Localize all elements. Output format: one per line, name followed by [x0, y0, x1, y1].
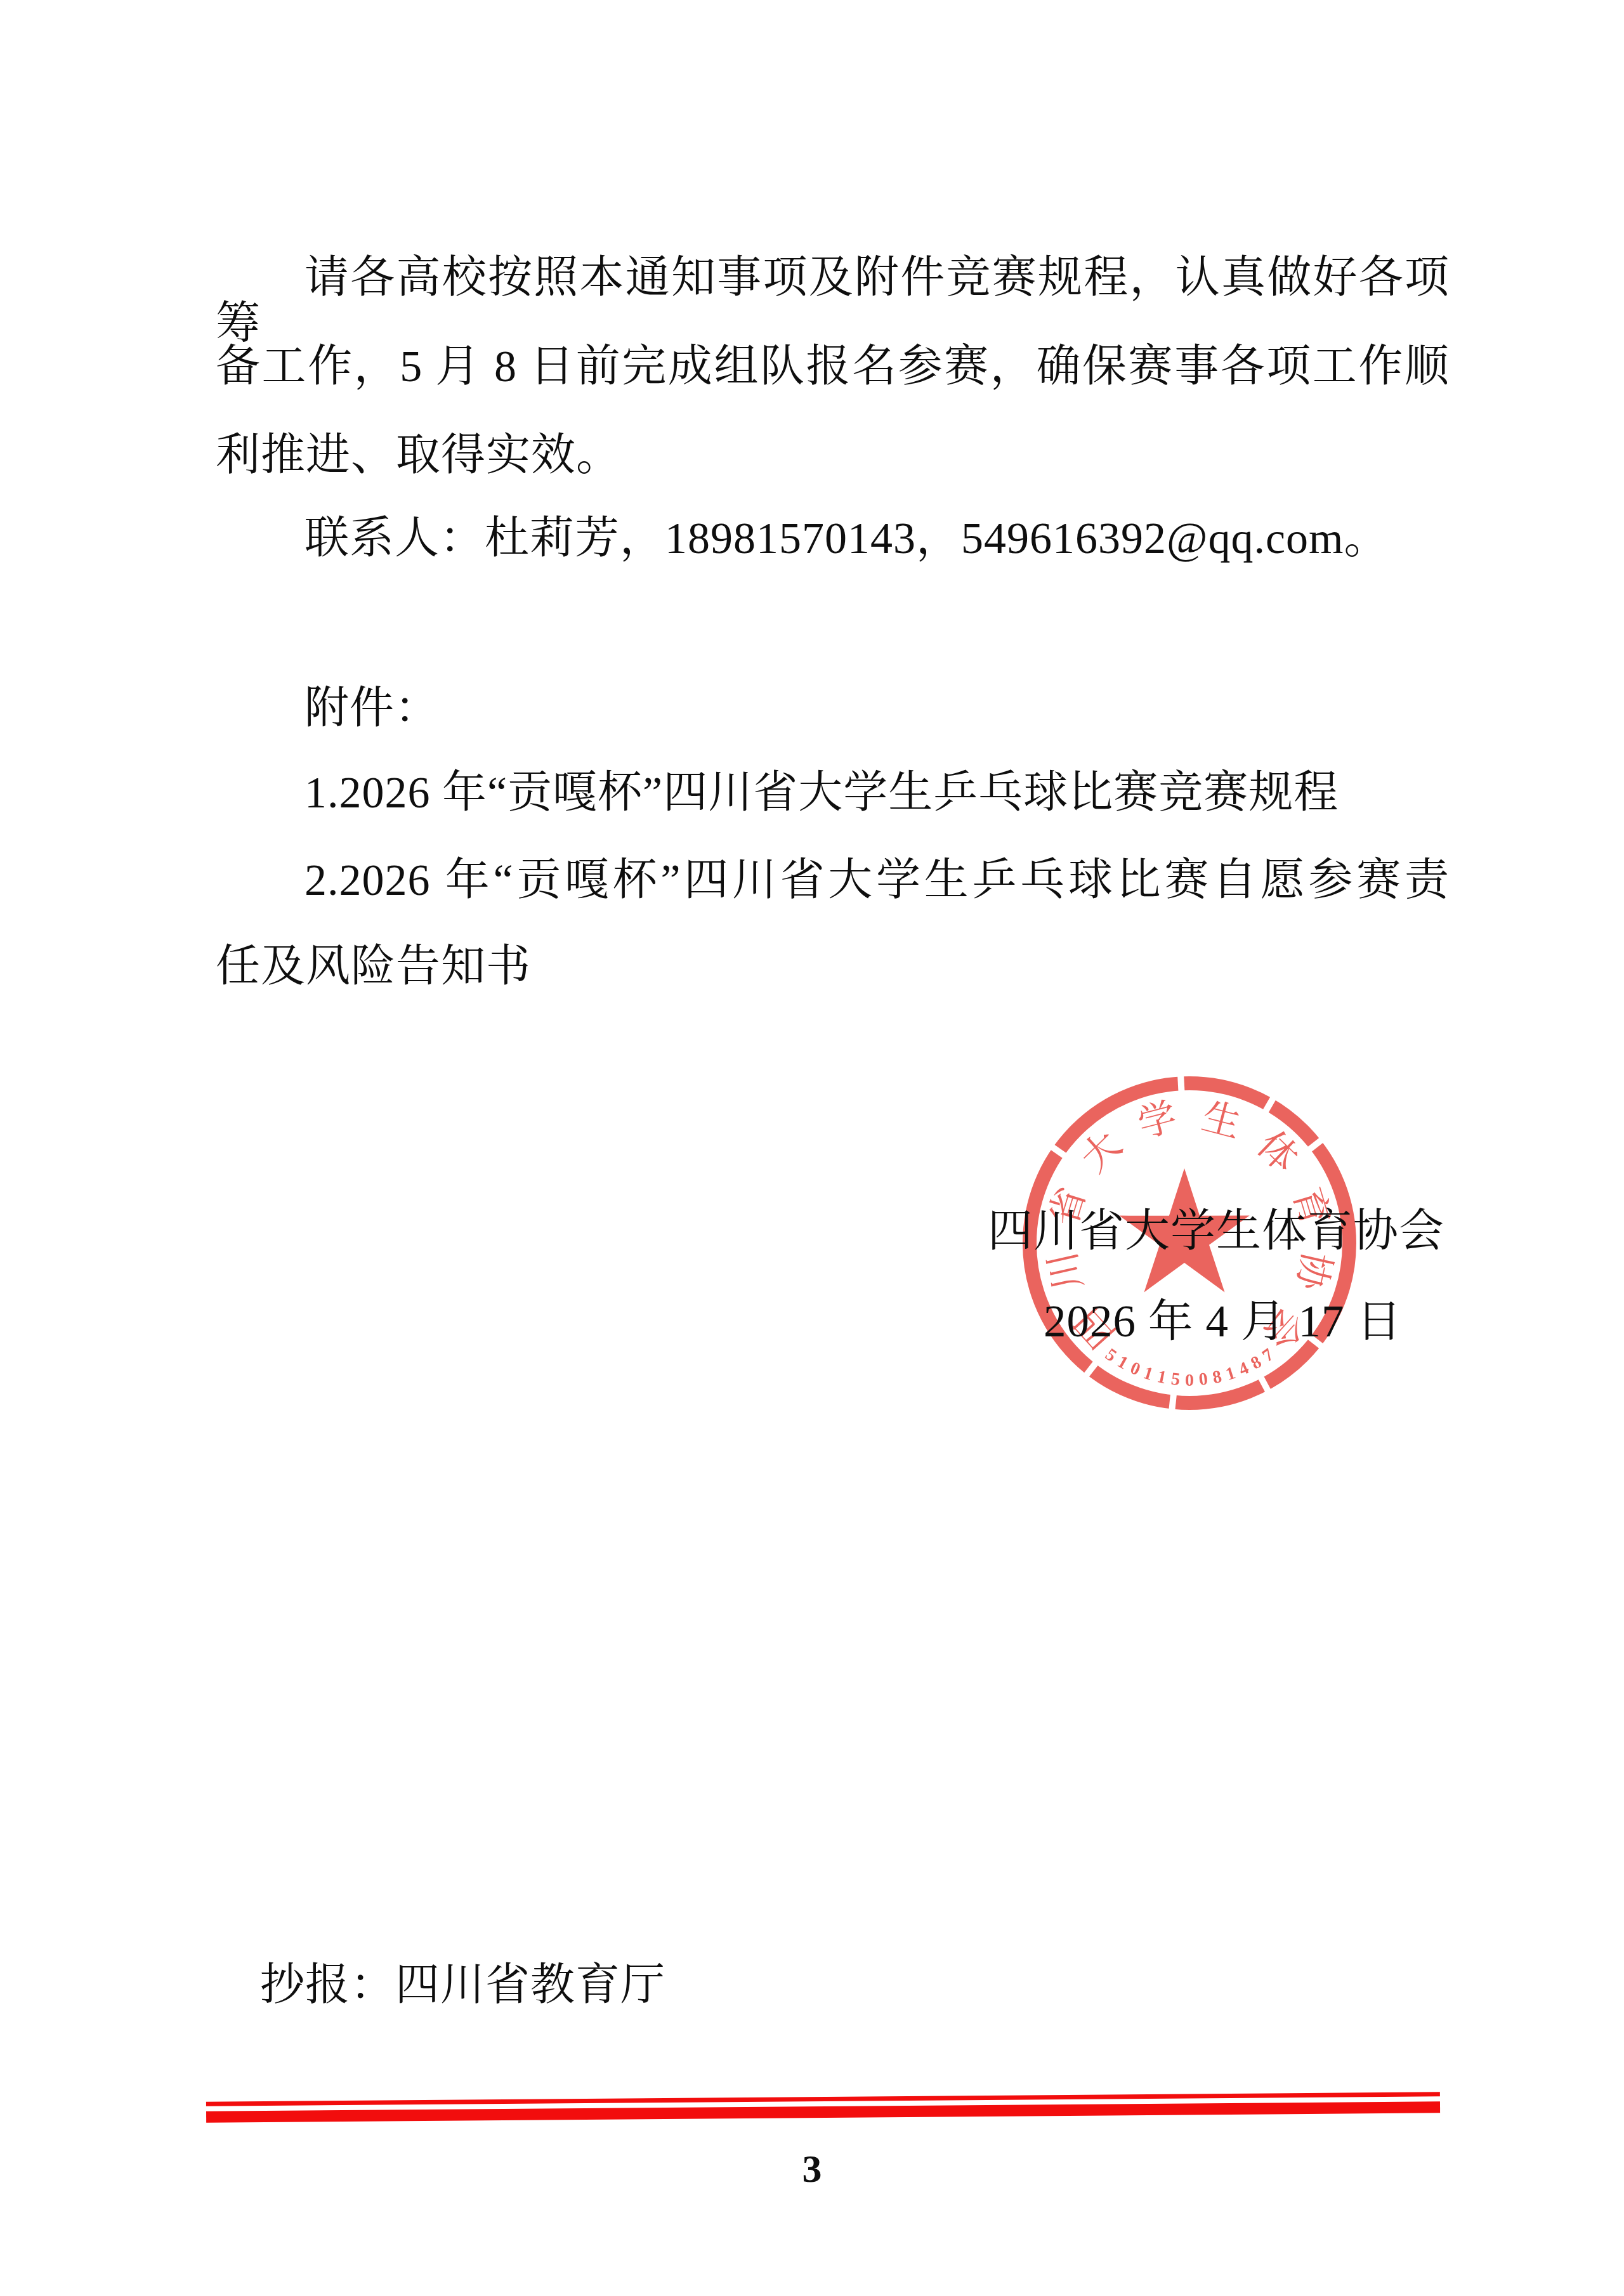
- paragraph1-line3: 利推进、取得实效。: [216, 433, 621, 479]
- svg-text:8: 8: [1211, 1367, 1224, 1388]
- svg-text:1: 1: [1155, 1367, 1168, 1388]
- paragraph1-line2: 备工作，5 月 8 日前完成组队报名参赛，确保赛事各项工作顺: [216, 344, 1450, 390]
- attachments-label: 附件：: [216, 686, 440, 732]
- svg-text:5: 5: [1170, 1369, 1181, 1390]
- page-number: 3: [0, 2149, 1624, 2189]
- svg-text:0: 0: [1127, 1358, 1143, 1380]
- contact-line: 联系人：杜莉芳，18981570143，549616392@qq.com。: [216, 516, 1389, 562]
- signature-organization: 四川省大学生体育协会: [988, 1208, 1444, 1254]
- svg-text:1: 1: [1114, 1352, 1131, 1374]
- paragraph1-line1: 请各高校按照本通知事项及附件竞赛规程，认真做好各项筹: [216, 256, 1450, 347]
- document-page: { "page": { "number": "3", "background_c…: [0, 0, 1624, 2296]
- svg-text:0: 0: [1198, 1369, 1208, 1390]
- svg-text:学: 学: [1134, 1095, 1181, 1145]
- svg-text:0: 0: [1185, 1371, 1194, 1390]
- attachment-item-2-line1: 2.2026 年“贡嘎杯”四川省大学生乒乓球比赛自愿参赛责: [216, 858, 1450, 904]
- svg-text:7: 7: [1259, 1345, 1277, 1366]
- attachment-item-2-line2: 任及风险告知书: [216, 944, 531, 990]
- svg-text:生: 生: [1198, 1095, 1245, 1145]
- page-canvas: 请各高校按照本通知事项及附件竞赛规程，认真做好各项筹 备工作，5 月 8 日前完…: [0, 0, 1624, 2296]
- svg-text:1: 1: [1224, 1363, 1238, 1385]
- attachment-item-1: 1.2026 年“贡嘎杯”四川省大学生乒乓球比赛竞赛规程: [216, 771, 1339, 816]
- cc-line: 抄报：四川省教育厅: [260, 1963, 665, 2009]
- footer-double-rule: [206, 2092, 1440, 2122]
- svg-text:1: 1: [1141, 1363, 1156, 1385]
- svg-text:4: 4: [1236, 1358, 1252, 1380]
- signature-date: 2026 年 4 月 17 日: [1044, 1299, 1402, 1345]
